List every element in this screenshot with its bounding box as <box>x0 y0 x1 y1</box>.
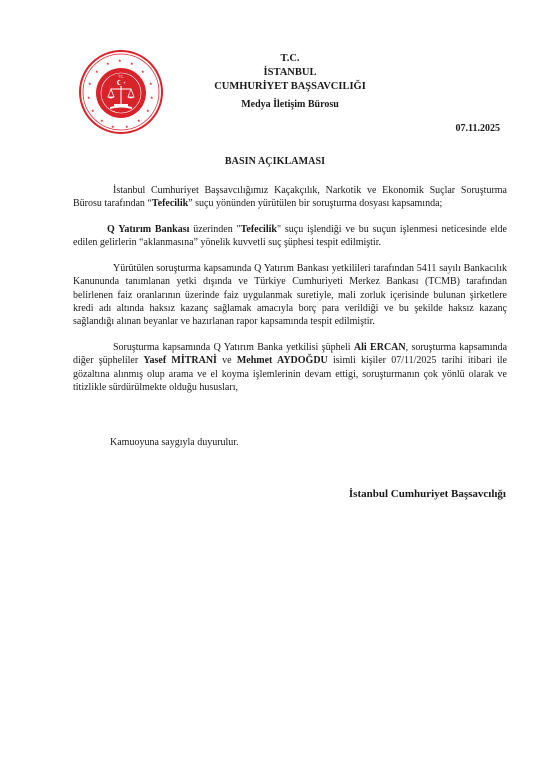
svg-text:★: ★ <box>91 108 95 113</box>
svg-text:★: ★ <box>130 61 134 66</box>
svg-text:★: ★ <box>87 95 91 100</box>
signature: İstanbul Cumhuriyet Başsavcılığı <box>349 488 506 500</box>
svg-text:★: ★ <box>137 118 141 123</box>
paragraph-text: Soruşturma kapsamında Q Yatırım Banka ye… <box>113 342 354 353</box>
body-paragraph: Q Yatırım Bankası üzerinden "Tefecilik" … <box>73 223 507 250</box>
svg-text:★: ★ <box>100 118 104 123</box>
emphasized-text: Yasef MİTRANİ <box>143 355 217 366</box>
svg-text:★: ★ <box>111 124 115 129</box>
paragraph-text: ve <box>217 355 237 366</box>
paragraph-text: Yürütülen soruşturma kapsamında Q Yatırı… <box>73 263 507 327</box>
svg-text:★: ★ <box>146 108 150 113</box>
paragraph-text: üzerinden " <box>189 224 240 235</box>
emphasized-text: Tefecilik <box>152 198 188 209</box>
header-subtitle: Medya İletişim Bürosu <box>190 98 390 112</box>
svg-text:★: ★ <box>106 61 110 66</box>
svg-text:★: ★ <box>95 69 99 74</box>
paragraph-text: ” suçu yönünden yürütülen bir soruşturma… <box>188 198 442 209</box>
emphasized-text: Mehmet AYDOĞDU <box>237 355 328 366</box>
emphasized-text: Ali ERCAN <box>354 342 406 353</box>
svg-text:★: ★ <box>141 69 145 74</box>
header-office: CUMHURİYET BAŞSAVCILIĞI <box>190 80 390 94</box>
svg-text:★: ★ <box>149 81 153 86</box>
body-paragraph: Soruşturma kapsamında Q Yatırım Banka ye… <box>73 341 507 394</box>
emphasized-text: Tefecilik <box>241 224 277 235</box>
header-country: T.C. <box>190 52 390 66</box>
document-date: 07.11.2025 <box>456 123 500 134</box>
document-body: İstanbul Cumhuriyet Başsavcılığımız Kaça… <box>73 184 507 407</box>
prosecutor-office-seal-icon: ★★★ ★★ ★★ ★★ ★★ ★★ ★★ T.C. ★ <box>78 49 164 135</box>
svg-text:T.C.: T.C. <box>117 75 124 79</box>
header-city: İSTANBUL <box>190 66 390 80</box>
svg-text:★: ★ <box>88 81 92 86</box>
svg-text:★: ★ <box>118 58 122 63</box>
body-paragraph: İstanbul Cumhuriyet Başsavcılığımız Kaça… <box>73 184 507 211</box>
svg-text:★: ★ <box>150 95 154 100</box>
svg-text:★: ★ <box>125 124 129 129</box>
closing-line: Kamuoyuna saygıyla duyurulur. <box>110 437 239 448</box>
press-release-page: ★★★ ★★ ★★ ★★ ★★ ★★ ★★ T.C. ★ T.C. <box>0 0 550 777</box>
body-paragraph: Yürütülen soruşturma kapsamında Q Yatırı… <box>73 262 507 328</box>
document-title: BASIN AÇIKLAMASI <box>0 156 550 167</box>
letterhead: T.C. İSTANBUL CUMHURİYET BAŞSAVCILIĞI Me… <box>190 52 390 112</box>
emphasized-text: Q Yatırım Bankası <box>107 224 189 235</box>
